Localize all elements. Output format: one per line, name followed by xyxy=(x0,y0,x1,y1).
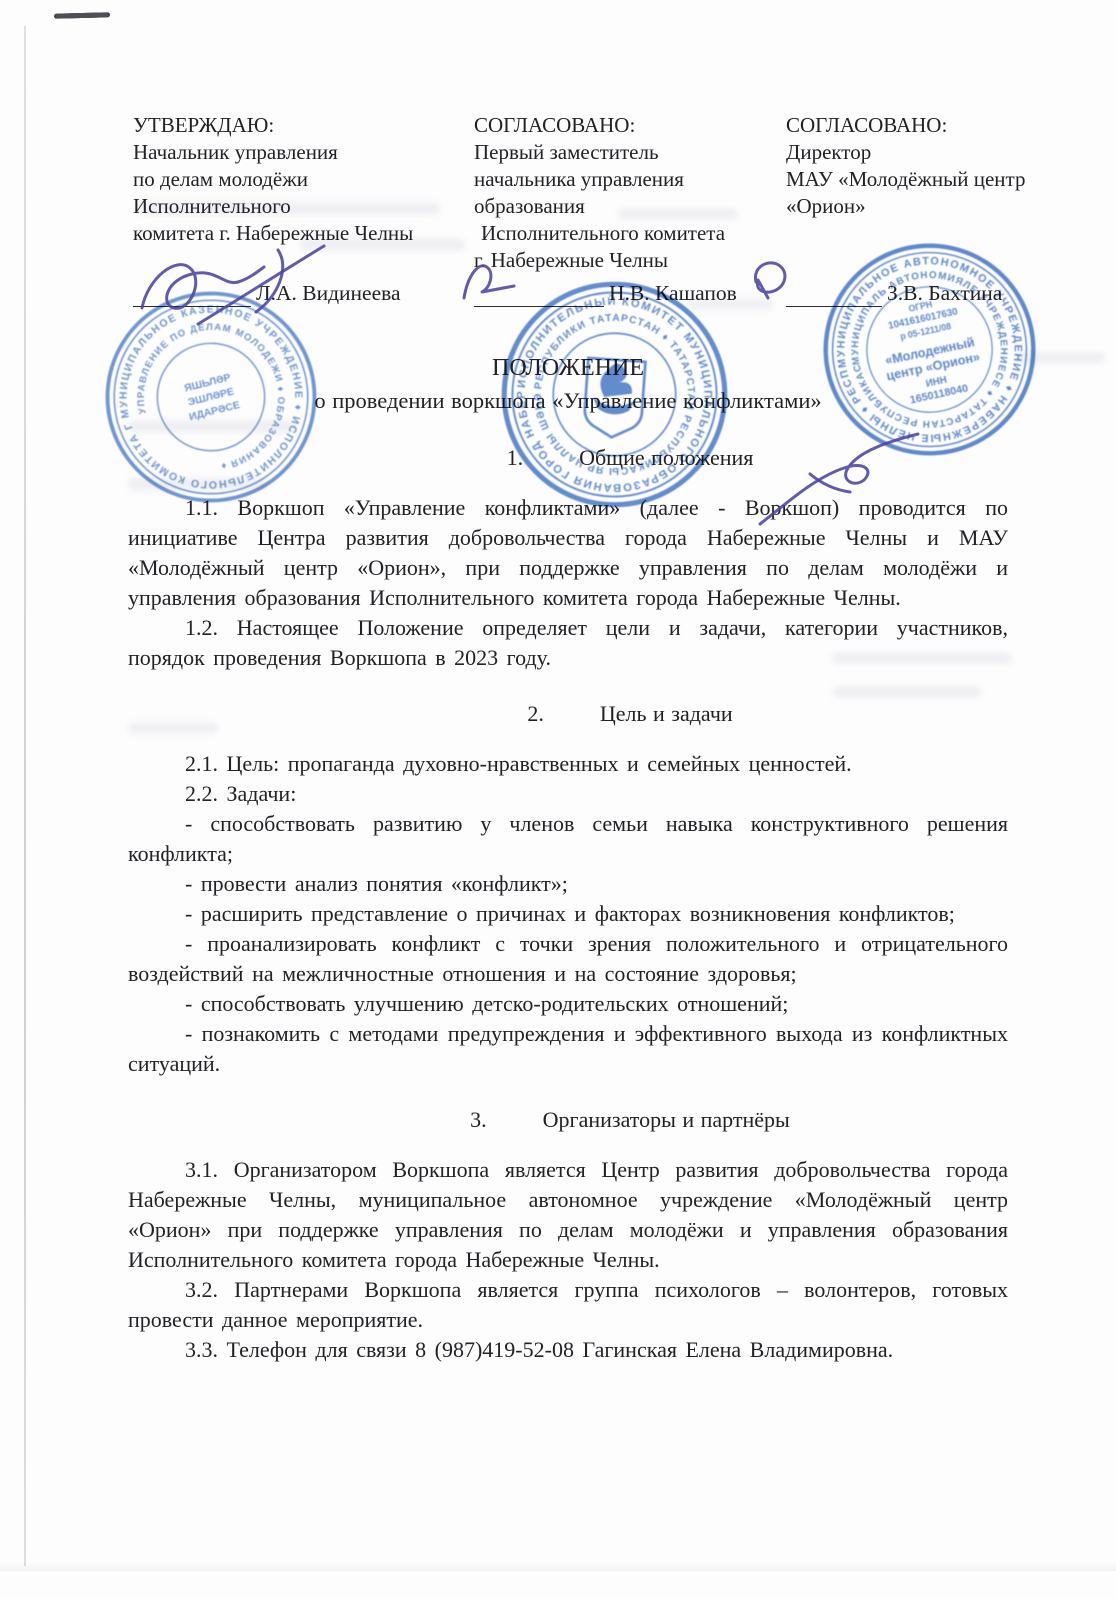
paragraph: 2.1. Цель: пропаганда духовно-нравственн… xyxy=(128,749,1008,779)
approval-line: Директор xyxy=(786,139,1116,166)
approval-heading: СОГЛАСОВАНО: xyxy=(786,112,1116,139)
approval-block-soglasovano-1: СОГЛАСОВАНО: Первый заместитель начальни… xyxy=(474,112,789,274)
staple-mark xyxy=(56,12,108,18)
approval-line: Исполнительного комитета xyxy=(474,220,789,247)
paragraph: 3.3. Телефон для связи 8 (987)419-52-08 … xyxy=(128,1335,1008,1365)
signature-kashapov-flourish xyxy=(458,252,528,307)
approval-line: Первый заместитель xyxy=(474,139,789,166)
approval-line: начальника управления xyxy=(474,166,789,193)
approval-heading: УТВЕРЖДАЮ: xyxy=(133,112,473,139)
paragraph: 3.2. Партнерами Воркшопа является группа… xyxy=(128,1275,1008,1335)
paragraph: 3.1. Организатором Воркшопа является Цен… xyxy=(128,1155,1008,1275)
list-item: - способствовать улучшению детско-родите… xyxy=(128,989,1008,1019)
section-heading-2: 2. Цель и задачи xyxy=(190,699,1070,729)
list-item: - познакомить с методами предупреждения … xyxy=(128,1019,1008,1079)
signature-bakhtina xyxy=(752,428,930,538)
approval-block-utverzhdayu: УТВЕРЖДАЮ: Начальник управления по делам… xyxy=(133,112,473,247)
signature-vidineeva xyxy=(128,236,343,341)
approval-line: по делам молодёжи xyxy=(133,166,473,193)
approval-heading: СОГЛАСОВАНО: xyxy=(474,112,789,139)
naberezhnye-chelny-coat-of-arms xyxy=(583,358,645,439)
section-title: Организаторы и партнёры xyxy=(543,1105,790,1135)
approval-line: МАУ «Молодёжный центр xyxy=(786,166,1116,193)
approval-line: образования xyxy=(474,193,789,220)
list-item: - расширить представление о причинах и ф… xyxy=(128,899,1008,929)
scan-edge-bottom xyxy=(0,1561,1116,1571)
list-item: - проанализировать конфликт с точки зрен… xyxy=(128,929,1008,989)
section-number: 3. xyxy=(470,1105,487,1135)
approval-line: «Орион» xyxy=(786,193,1116,220)
list-item: - провести анализ понятия «конфликт»; xyxy=(128,869,1008,899)
approval-line: Исполнительного xyxy=(133,193,473,220)
approval-block-soglasovano-2: СОГЛАСОВАНО: Директор МАУ «Молодёжный це… xyxy=(786,112,1116,220)
signature-kashapov-hook xyxy=(748,256,803,304)
scan-edge xyxy=(24,26,26,1566)
scanned-document-page: УТВЕРЖДАЮ: Начальник управления по делам… xyxy=(0,0,1116,1599)
section-heading-3: 3. Организаторы и партнёры xyxy=(190,1105,1070,1135)
section-title: Цель и задачи xyxy=(600,699,733,729)
list-item: - способствовать развитию у членов семьи… xyxy=(128,809,1008,869)
section-number: 2. xyxy=(527,699,544,729)
approval-line: Начальник управления xyxy=(133,139,473,166)
paragraph: 1.2. Настоящее Положение определяет цели… xyxy=(128,613,1008,673)
paragraph: 2.2. Задачи: xyxy=(128,779,1008,809)
